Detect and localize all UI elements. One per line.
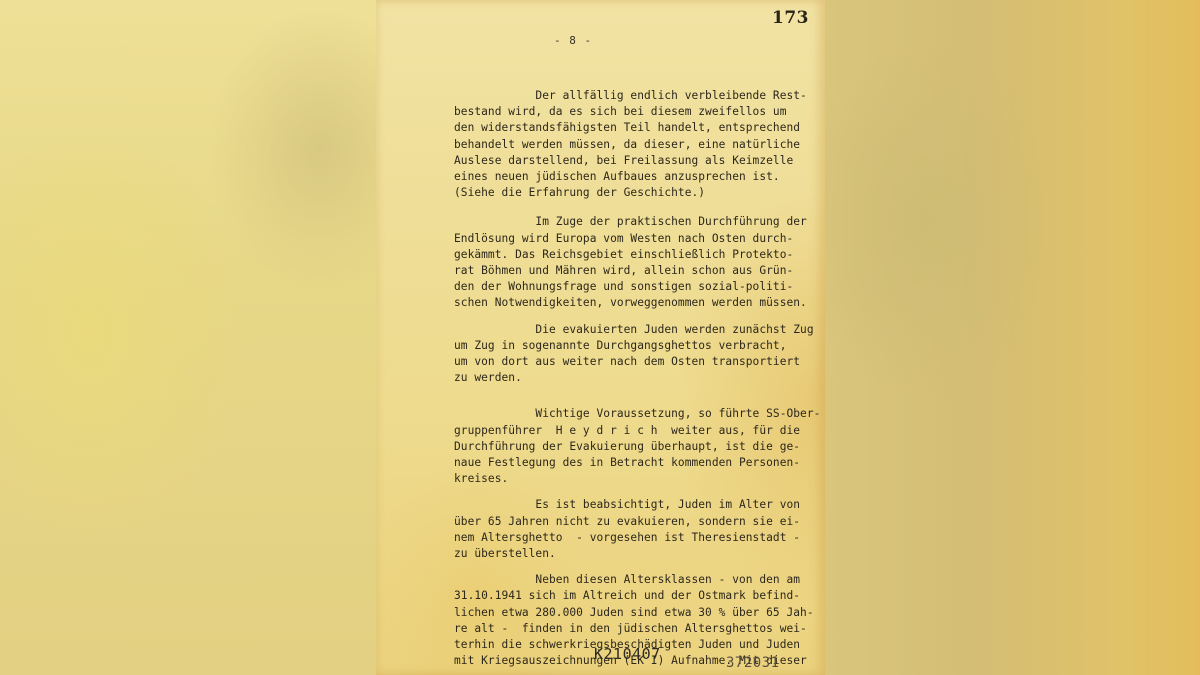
text-line: Im Zuge der praktischen Durchführung der — [454, 214, 814, 230]
text-line: um Zug in sogenannte Durchgangsghettos v… — [454, 338, 814, 354]
text-line: Auslese darstellend, bei Freilassung als… — [454, 153, 814, 169]
stamp-code: K210407 — [594, 645, 661, 663]
text-line: zu überstellen. — [454, 546, 814, 562]
text-line: den widerstandsfähigsten Teil handelt, e… — [454, 120, 814, 136]
text-line: 31.10.1941 sich im Altreich und der Ostm… — [454, 588, 814, 604]
text-line: bestand wird, da es sich bei diesem zwei… — [454, 104, 814, 120]
text-line: re alt - finden in den jüdischen Altersg… — [454, 621, 814, 637]
text-line: Durchführung der Evakuierung überhaupt, … — [454, 439, 814, 455]
text-line: über 65 Jahren nicht zu evakuieren, sond… — [454, 514, 814, 530]
paragraph: Im Zuge der praktischen Durchführung der… — [454, 214, 814, 311]
text-line: (Siehe die Erfahrung der Geschichte.) — [454, 185, 814, 201]
document-body: Der allfällig endlich verbleibende Rest-… — [454, 88, 814, 670]
text-line: um von dort aus weiter nach dem Osten tr… — [454, 354, 814, 370]
text-line: Der allfällig endlich verbleibende Rest- — [454, 88, 814, 104]
text-line: lichen etwa 280.000 Juden sind etwa 30 %… — [454, 605, 814, 621]
paragraph: Wichtige Voraussetzung, so führte SS-Obe… — [454, 406, 814, 487]
text-line: Wichtige Voraussetzung, so führte SS-Obe… — [454, 406, 814, 422]
text-line: nem Altersghetto - vorgesehen ist Theres… — [454, 530, 814, 546]
text-line: den der Wohnungsfrage und sonstigen sozi… — [454, 279, 814, 295]
text-line: behandelt werden müssen, da dieser, eine… — [454, 137, 814, 153]
text-line: Es ist beabsichtigt, Juden im Alter von — [454, 497, 814, 513]
text-line: Endlösung wird Europa vom Westen nach Os… — [454, 231, 814, 247]
text-line: gruppenführer H e y d r i c h weiter aus… — [454, 423, 814, 439]
blurred-background-right — [825, 0, 1200, 675]
paragraph: Der allfällig endlich verbleibende Rest-… — [454, 88, 814, 201]
text-line: gekämmt. Das Reichsgebiet einschließlich… — [454, 247, 814, 263]
text-line: kreises. — [454, 471, 814, 487]
text-line: zu werden. — [454, 370, 814, 386]
text-line: Die evakuierten Juden werden zunächst Zu… — [454, 322, 814, 338]
archive-number: 173 — [772, 8, 809, 28]
text-line: eines neuen jüdischen Aufbaues anzusprec… — [454, 169, 814, 185]
text-line: rat Böhmen und Mähren wird, allein schon… — [454, 263, 814, 279]
paragraph: Die evakuierten Juden werden zunächst Zu… — [454, 322, 814, 387]
stamp-number: 372031 — [726, 655, 780, 671]
paragraph: Es ist beabsichtigt, Juden im Alter von … — [454, 497, 814, 562]
text-line: naue Festlegung des in Betracht kommende… — [454, 455, 814, 471]
document-page: 173 - 8 - Der allfällig endlich verbleib… — [376, 0, 825, 675]
text-line: Neben diesen Altersklassen - von den am — [454, 572, 814, 588]
page-number: - 8 - — [554, 34, 592, 47]
blurred-background-left — [0, 0, 376, 675]
text-line: schen Notwendigkeiten, vorweggenommen we… — [454, 295, 814, 311]
